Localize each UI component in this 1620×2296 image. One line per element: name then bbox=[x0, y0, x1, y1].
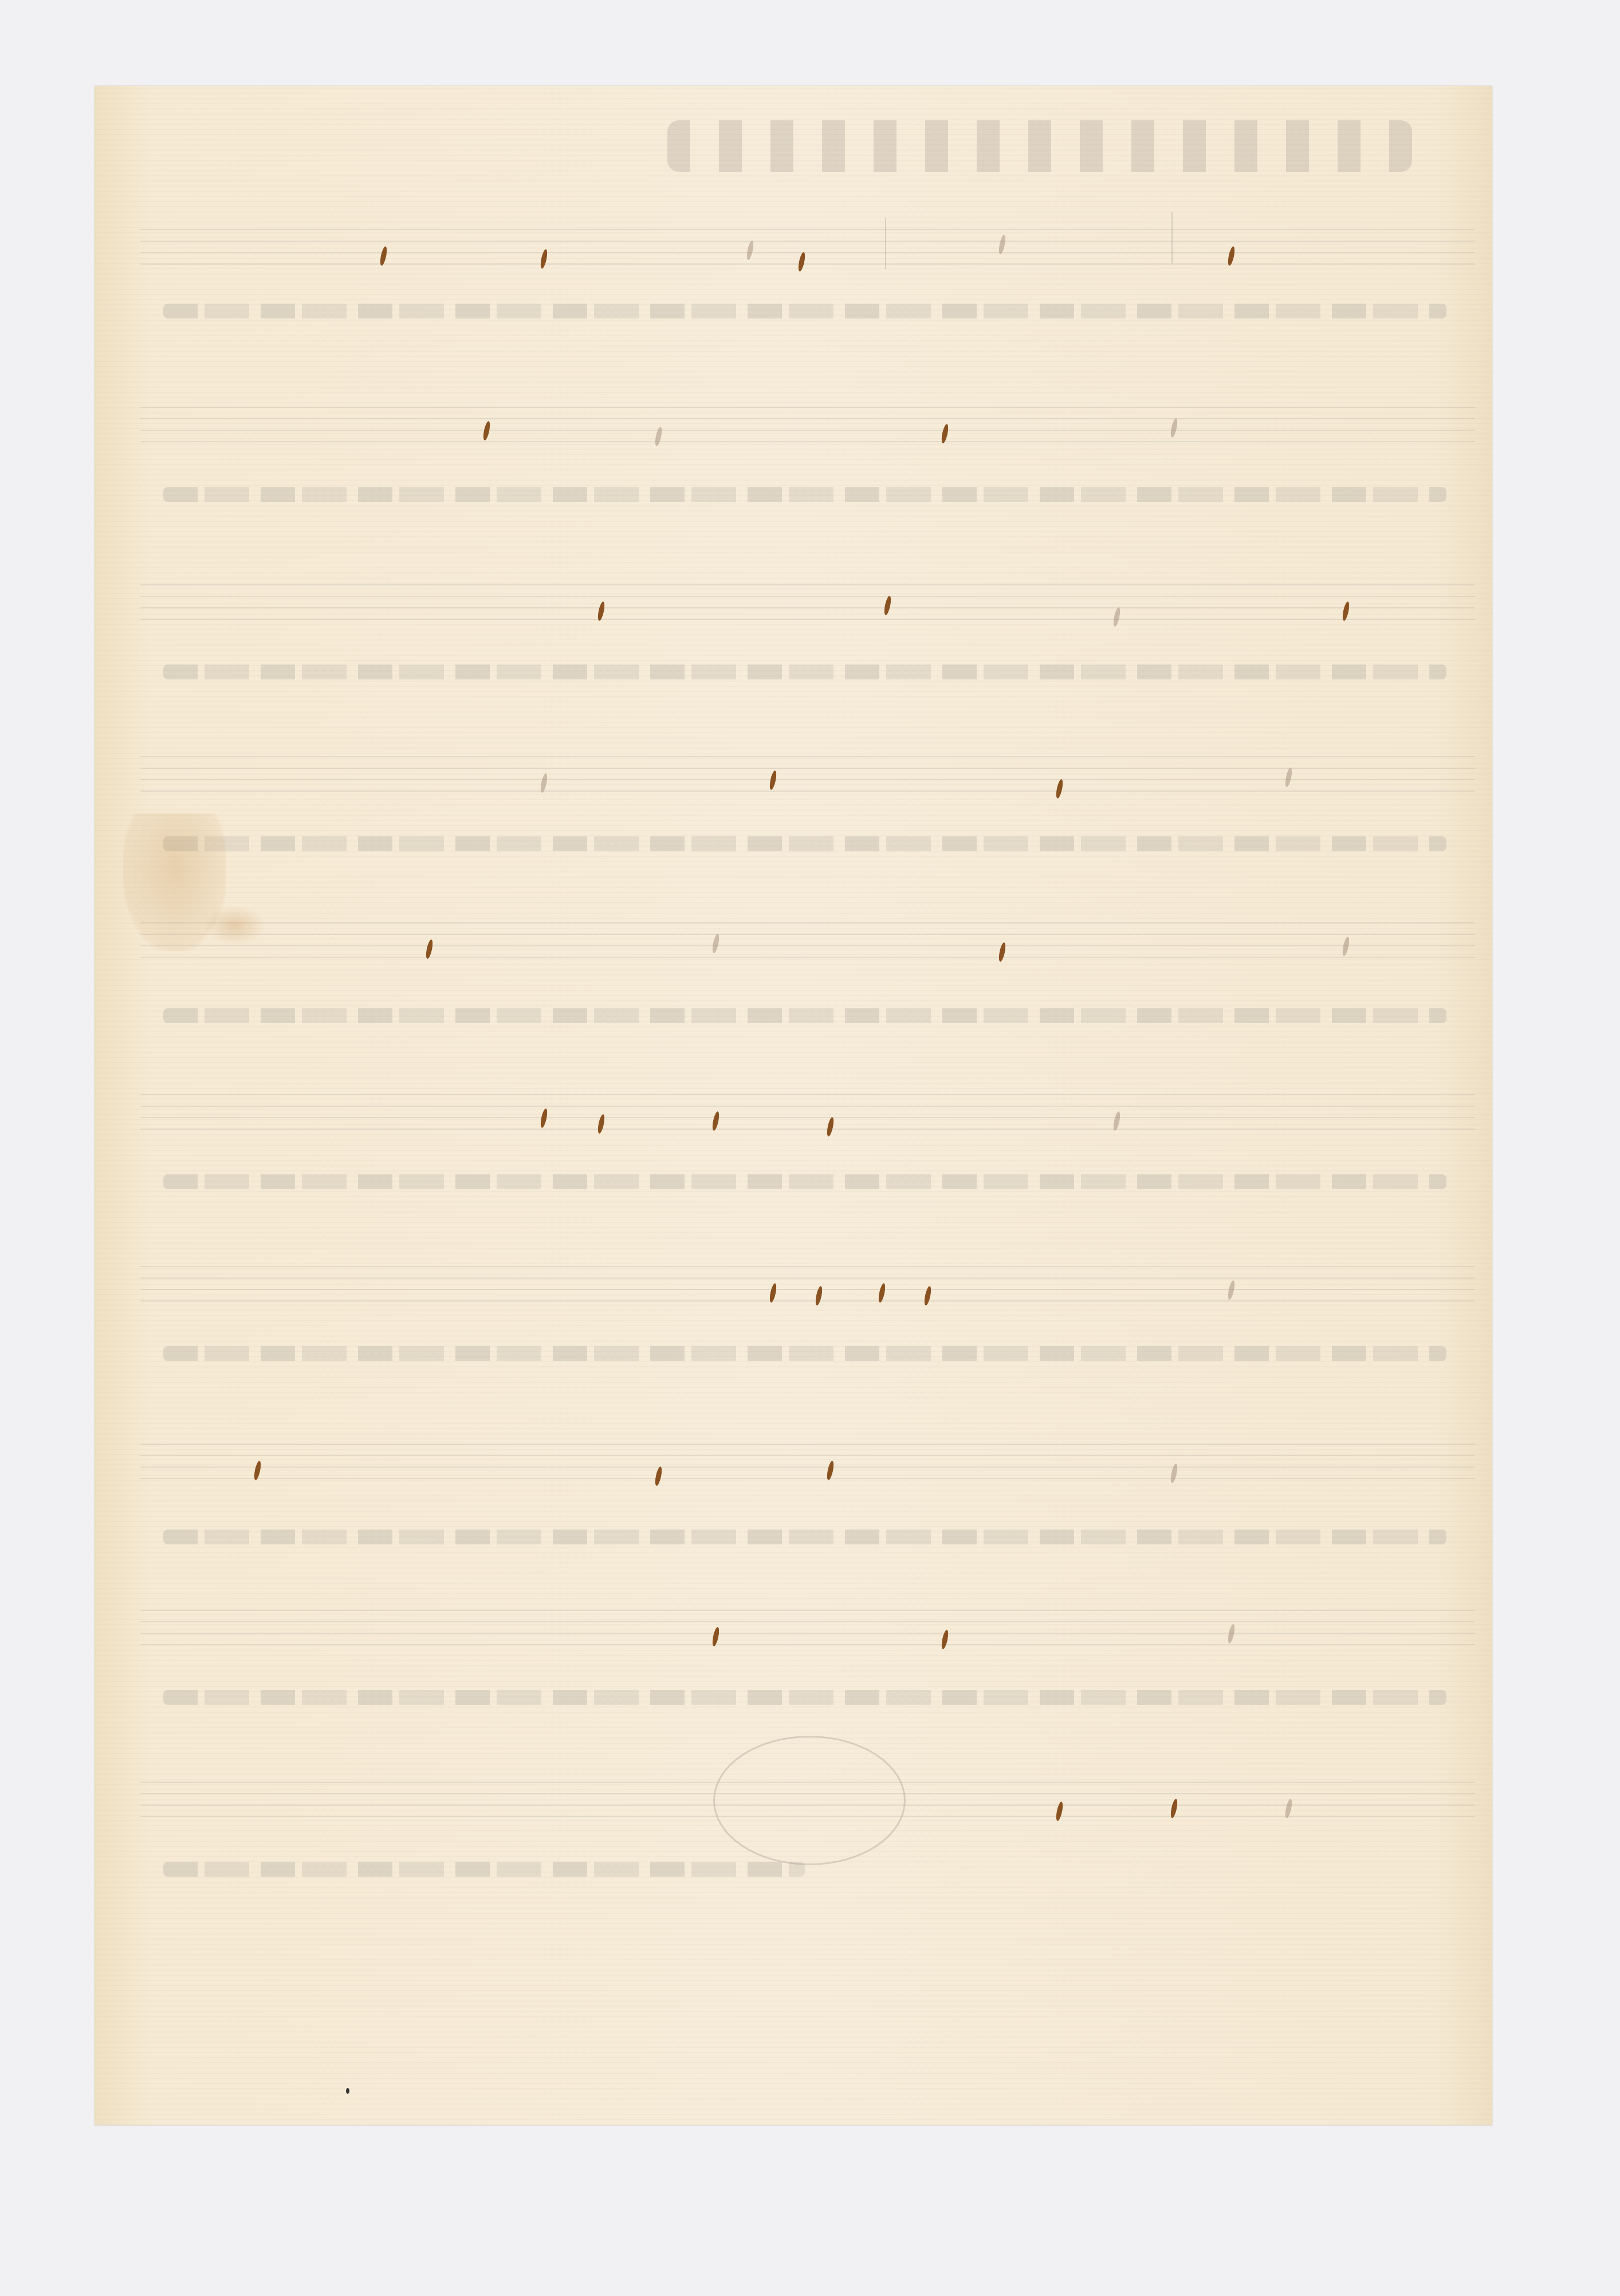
staff-lines bbox=[140, 922, 1475, 968]
staff-lines bbox=[140, 1610, 1475, 1656]
water-stain bbox=[203, 905, 266, 945]
staff-lines bbox=[140, 229, 1475, 275]
mirrored-header-text bbox=[667, 120, 1412, 172]
lyric-underlay bbox=[163, 1346, 1446, 1361]
signature-flourish bbox=[713, 1736, 906, 1865]
music-system-6 bbox=[140, 1094, 1475, 1146]
music-system-8 bbox=[140, 1444, 1475, 1495]
lyric-underlay bbox=[163, 836, 1446, 851]
dust-speck bbox=[346, 2088, 349, 2094]
manuscript-page bbox=[95, 86, 1492, 2125]
music-system-2 bbox=[140, 407, 1475, 458]
music-system-4 bbox=[140, 756, 1475, 808]
lyric-underlay bbox=[163, 1530, 1446, 1544]
staff-lines bbox=[140, 1444, 1475, 1489]
music-system-5 bbox=[140, 922, 1475, 974]
lyric-underlay bbox=[163, 1174, 1446, 1189]
staff-lines bbox=[140, 756, 1475, 802]
music-system-1 bbox=[140, 229, 1475, 281]
music-system-9 bbox=[140, 1610, 1475, 1661]
music-system-7 bbox=[140, 1266, 1475, 1318]
staff-lines bbox=[140, 584, 1475, 630]
lyric-underlay bbox=[163, 1008, 1446, 1023]
lyric-underlay bbox=[163, 1690, 1446, 1705]
closing-text bbox=[163, 1862, 805, 1877]
lyric-underlay bbox=[163, 487, 1446, 502]
lyric-underlay bbox=[163, 665, 1446, 679]
music-system-3 bbox=[140, 584, 1475, 636]
staff-lines bbox=[140, 1266, 1475, 1312]
lyric-underlay bbox=[163, 304, 1446, 319]
staff-lines bbox=[140, 1094, 1475, 1140]
staff-lines bbox=[140, 407, 1475, 453]
